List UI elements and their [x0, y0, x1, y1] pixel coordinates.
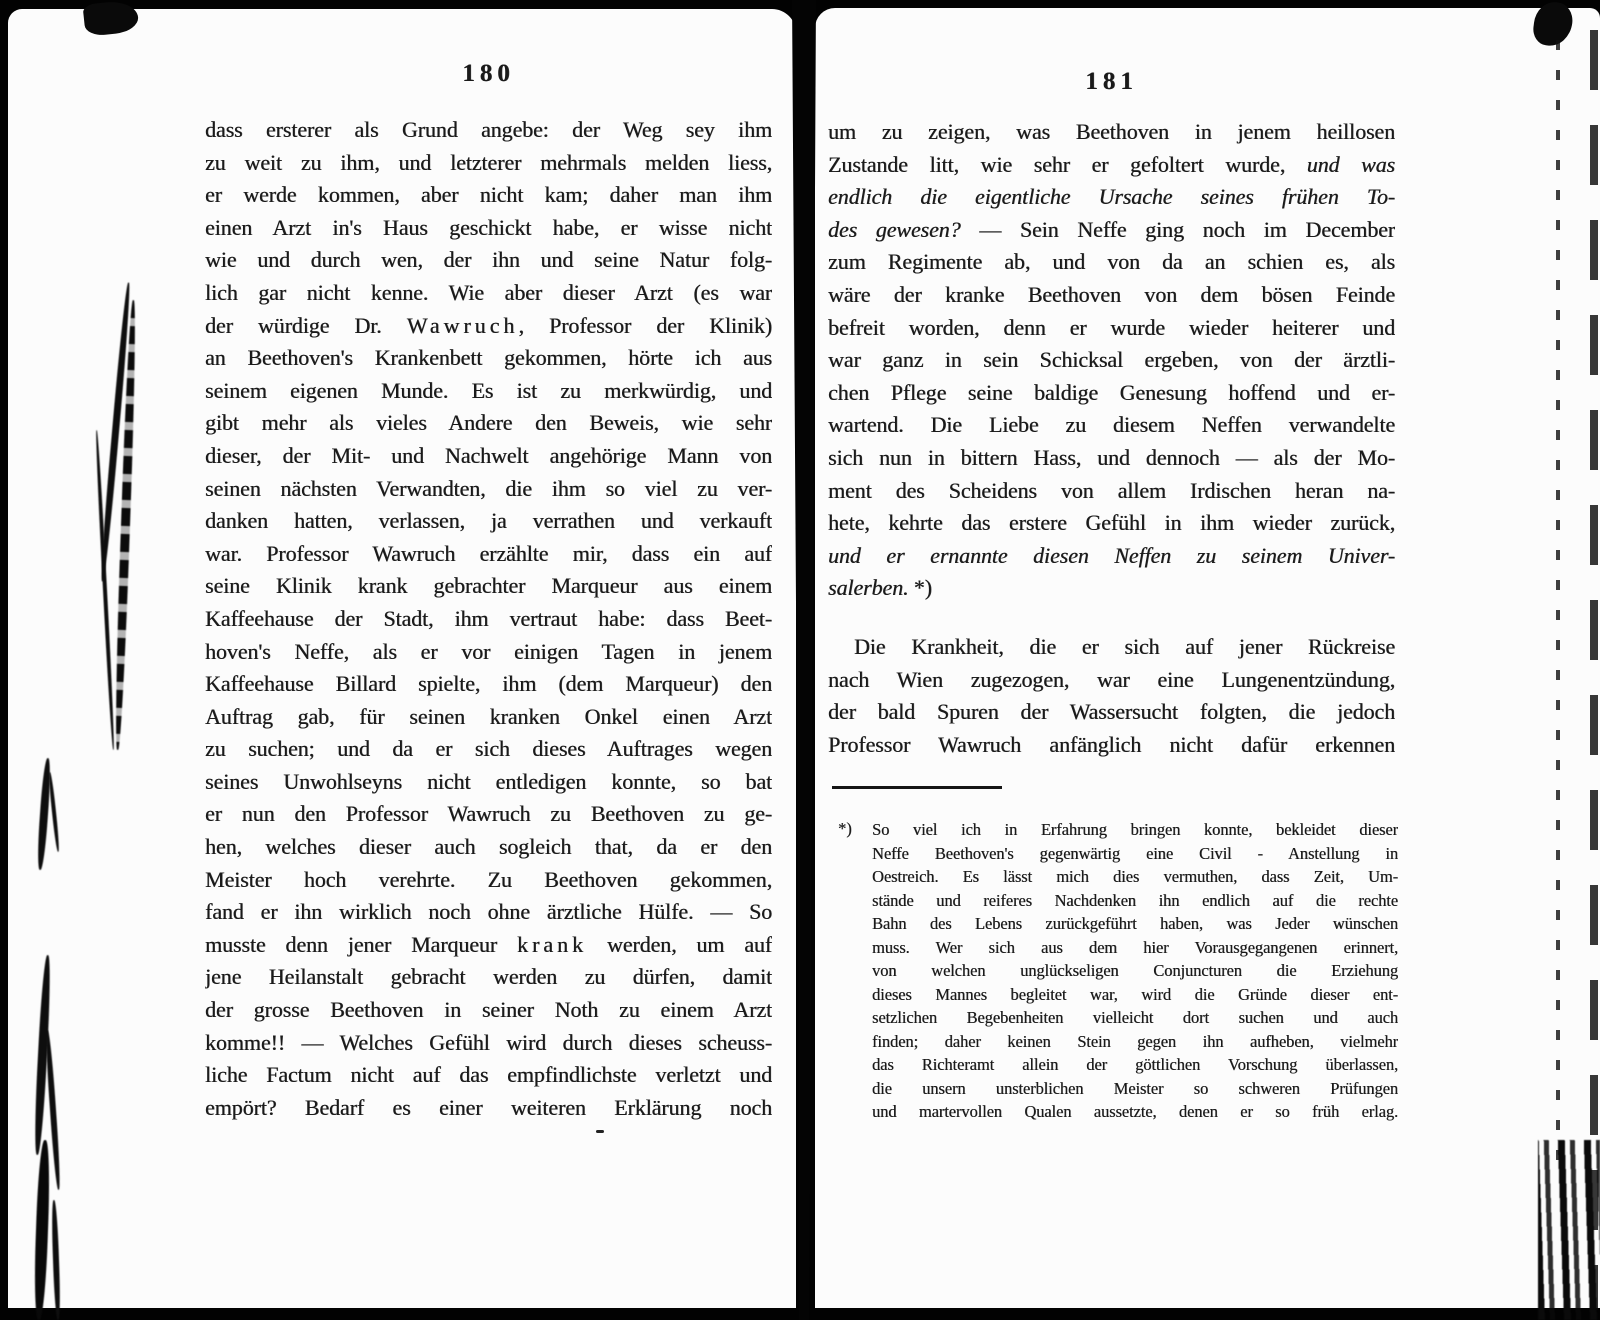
footnote: *) So viel ich in Erfahrung bringen konn…: [828, 818, 1398, 1124]
text-line: wie und durch wen, der ihn und seine Nat…: [205, 244, 772, 277]
text-line: fand er ihn wirklich noch ohne ärztliche…: [205, 896, 772, 929]
text-line: wartend. Die Liebe zu diesem Neffen verw…: [828, 409, 1395, 442]
text-line: war. Professor Wawruch erzählte mir, das…: [205, 538, 772, 571]
right-page-paragraph-1: um zu zeigen, was Beethoven in jenem hei…: [828, 116, 1395, 605]
text-line: von welchen unglückseligen Conjuncturen …: [872, 959, 1398, 983]
text-line: Auftrag gab, für seinen kranken Onkel ei…: [205, 701, 772, 734]
text-line: stände und reiferes Nachdenken ihn endli…: [872, 889, 1398, 913]
text-line: und er ernannte diesen Neffen zu seinem …: [828, 540, 1395, 573]
text-line: lich gar nicht kenne. Wie aber dieser Ar…: [205, 277, 772, 310]
text-line: Bahn des Lebens zurückgeführt haben, was…: [872, 912, 1398, 936]
text-line: Meister hoch verehrte. Zu Beethoven geko…: [205, 864, 772, 897]
text-line: hen, welches dieser auch sogleich that, …: [205, 831, 772, 864]
page-number-right: 181: [828, 68, 1395, 96]
text-line: komme!! — Welches Gefühl wird durch dies…: [205, 1027, 772, 1060]
text-line: ment des Scheidens von allem Irdischen h…: [828, 475, 1395, 508]
text-line: zu suchen; und da er sich dieses Auftrag…: [205, 733, 772, 766]
text-line: wäre der kranke Beethoven von dem bösen …: [828, 279, 1395, 312]
text-line: er nun den Professor Wawruch zu Beethove…: [205, 798, 772, 831]
text-line: salerben. *): [828, 572, 1395, 605]
text-line: Die Krankheit, die er sich auf jener Rüc…: [828, 631, 1395, 664]
text-line: finden; daher keinen Stein gegen ihn auf…: [872, 1030, 1398, 1054]
text-line: Kaffeehause Billard spielte, ihm (dem Ma…: [205, 668, 772, 701]
text-line: seines Unwohlseyns nicht entledigen konn…: [205, 766, 772, 799]
footnote-lines: So viel ich in Erfahrung bringen konnte,…: [828, 818, 1398, 1124]
text-line: um zu zeigen, was Beethoven in jenem hei…: [828, 116, 1395, 149]
text-line: und martervollen Qualen aussetzte, denen…: [872, 1100, 1398, 1124]
text-line: befreit worden, denn er wurde wieder hei…: [828, 312, 1395, 345]
text-line: Kaffeehause der Stadt, ihm vertraut habe…: [205, 603, 772, 636]
right-page-paragraph-2: Die Krankheit, die er sich auf jener Rüc…: [828, 631, 1395, 761]
text-line: Oestreich. Es lässt mich dies vermuthen,…: [872, 865, 1398, 889]
text-line: einen Arzt in's Haus geschickt habe, er …: [205, 212, 772, 245]
text-line: Zustande litt, wie sehr er gefoltert wur…: [828, 149, 1395, 182]
book-scan-spread: 180 181 dass ersterer als Grund angebe: …: [0, 0, 1600, 1320]
text-line: zu weit zu ihm, und letzterer mehrmals m…: [205, 147, 772, 180]
text-line: seine Klinik krank gebrachter Marqueur a…: [205, 570, 772, 603]
text-line: So viel ich in Erfahrung bringen konnte,…: [872, 818, 1398, 842]
text-line: des gewesen? — Sein Neffe ging noch im D…: [828, 214, 1395, 247]
text-line: musste denn jener Marqueur krank werden,…: [205, 929, 772, 962]
text-line: dieser, der Mit- und Nachwelt angehörige…: [205, 440, 772, 473]
text-line: die unsern unsterblichen Meister so schw…: [872, 1077, 1398, 1101]
text-line: hete, kehrte das erstere Gefühl in ihm w…: [828, 507, 1395, 540]
text-line: der grosse Beethoven in seiner Noth zu e…: [205, 994, 772, 1027]
text-line: jene Heilanstalt gebracht werden zu dürf…: [205, 961, 772, 994]
text-line: danken hatten, verlassen, ja verrathen u…: [205, 505, 772, 538]
text-line: an Beethoven's Krankenbett gekommen, hör…: [205, 342, 772, 375]
text-line: setzlichen Begebenheiten vielleicht dort…: [872, 1006, 1398, 1030]
text-line: Professor Wawruch anfänglich nicht dafür…: [828, 729, 1395, 762]
page-number-left: 180: [205, 60, 772, 88]
right-page-text: um zu zeigen, was Beethoven in jenem hei…: [828, 116, 1395, 761]
text-line: er werde kommen, aber nicht kam; daher m…: [205, 179, 772, 212]
text-line: nach Wien zugezogen, war eine Lungenentz…: [828, 664, 1395, 697]
footnote-marker: *): [838, 819, 852, 839]
text-line: sich nun in bittern Hass, und dennoch — …: [828, 442, 1395, 475]
text-line: liche Factum nicht auf das empfindlichst…: [205, 1059, 772, 1092]
text-line: das Richteramt allein der göttlichen Vor…: [872, 1053, 1398, 1077]
footnote-rule: [832, 786, 1002, 789]
text-line: Neffe Beethoven's gegenwärtig eine Civil…: [872, 842, 1398, 866]
text-line: hoven's Neffe, als er vor einigen Tagen …: [205, 636, 772, 669]
text-line: endlich die eigentliche Ursache seines f…: [828, 181, 1395, 214]
text-line: der würdige Dr. Wawruch, Professor der K…: [205, 310, 772, 343]
text-line: empört? Bedarf es einer weiteren Erkläru…: [205, 1092, 772, 1125]
text-line: dass ersterer als Grund angebe: der Weg …: [205, 114, 772, 147]
text-line: dieses Mannes begleitet war, wird die Gr…: [872, 983, 1398, 1007]
text-line: gibt mehr als vieles Andere den Beweis, …: [205, 407, 772, 440]
text-line: der bald Spuren der Wassersucht folgten,…: [828, 696, 1395, 729]
text-line: war ganz in sein Schicksal ergeben, von …: [828, 344, 1395, 377]
text-line: seinen nächsten Verwandten, die ihm so v…: [205, 473, 772, 506]
text-line: muss. Wer sich aus dem hier Vorausgegang…: [872, 936, 1398, 960]
text-line: zum Regimente ab, und von da an schien e…: [828, 246, 1395, 279]
left-page-text: dass ersterer als Grund angebe: der Weg …: [205, 114, 772, 1124]
text-line: seinem eigenen Munde. Es ist zu merkwürd…: [205, 375, 772, 408]
text-line: chen Pflege seine baldige Genesung hoffe…: [828, 377, 1395, 410]
